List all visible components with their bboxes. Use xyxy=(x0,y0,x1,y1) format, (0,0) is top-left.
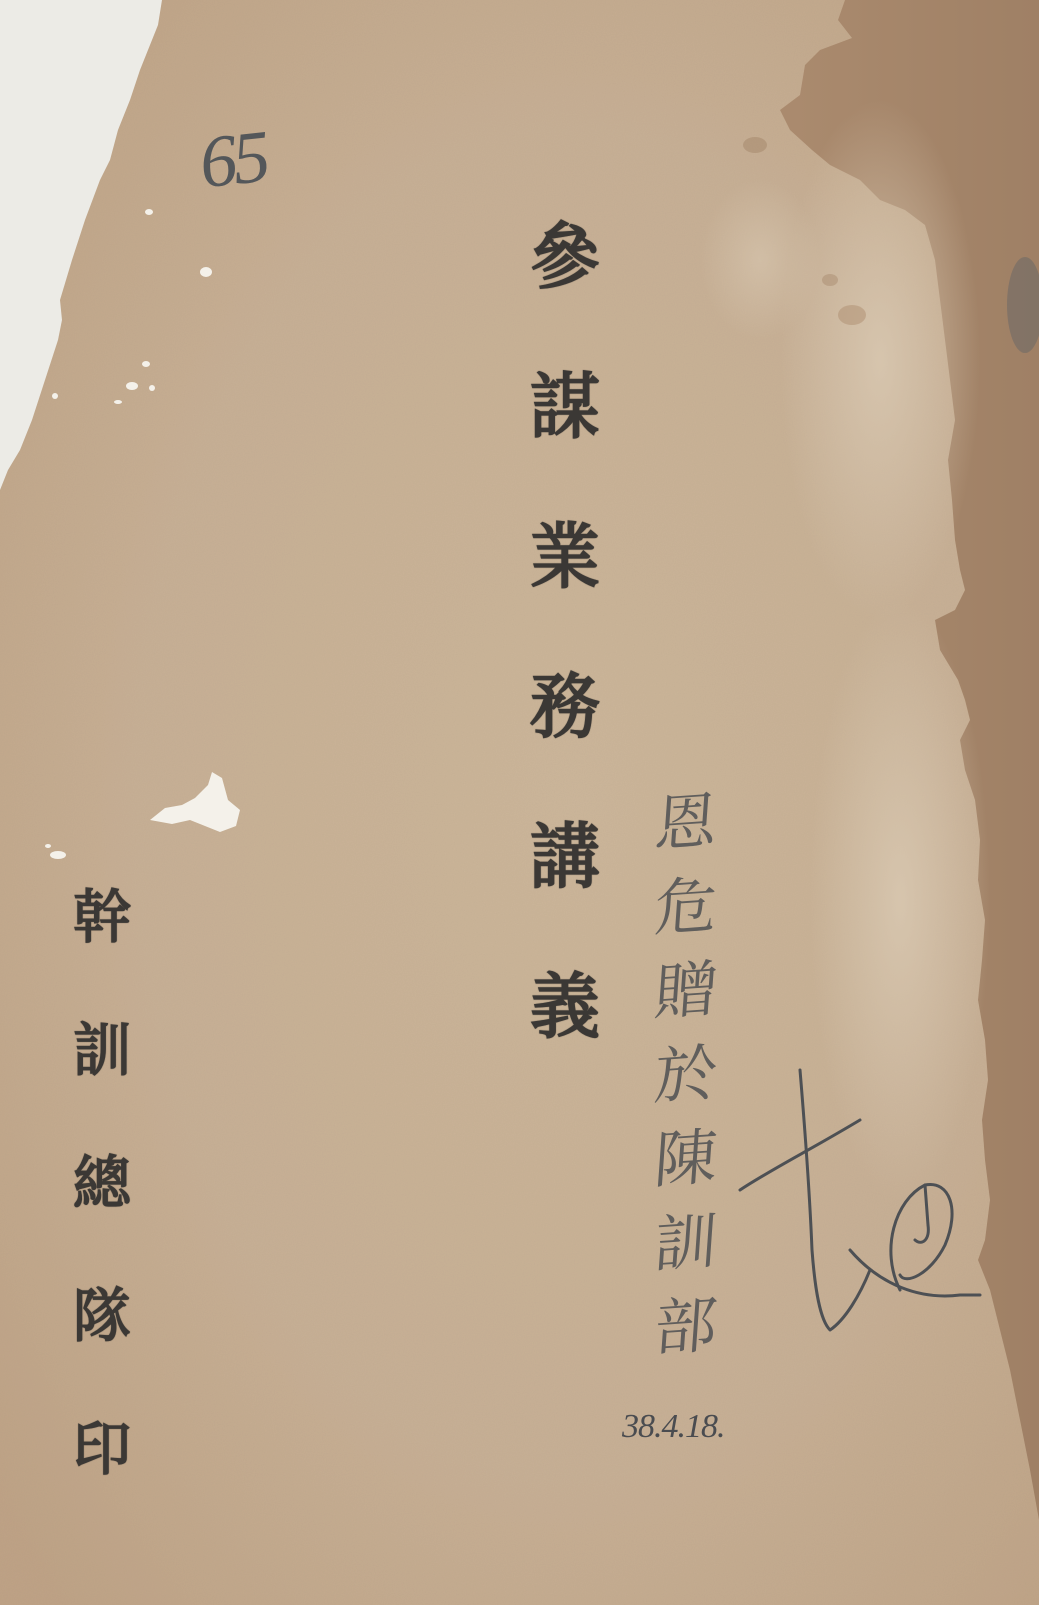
title-char: 義 xyxy=(530,971,600,1042)
publisher-char: 總 xyxy=(73,1154,131,1212)
title-char: 謀 xyxy=(530,371,600,442)
inscription-char: 恩 xyxy=(651,790,719,878)
inscription-char: 部 xyxy=(651,1294,719,1382)
inscription-char: 訓 xyxy=(651,1210,719,1298)
inscription-char: 陳 xyxy=(651,1126,719,1214)
title-char: 講 xyxy=(530,821,600,892)
publisher-char: 訓 xyxy=(73,1021,131,1079)
inscription-char: 贈 xyxy=(651,958,719,1046)
publisher-char: 隊 xyxy=(73,1287,131,1345)
publisher-char: 印 xyxy=(73,1420,131,1478)
inscription-char: 於 xyxy=(651,1042,719,1130)
handwritten-page-number: 65 xyxy=(196,115,271,206)
title-char: 務 xyxy=(530,671,600,742)
scanned-cover-page: 參 謀 業 務 講 義 幹 訓 總 隊 印 65 恩 危 贈 於 陳 訓 部 xyxy=(0,0,1039,1605)
title-char: 業 xyxy=(530,521,600,592)
publisher-char: 幹 xyxy=(73,888,131,946)
handwritten-date: 38.4.18. xyxy=(622,1408,725,1446)
inscription-char: 危 xyxy=(651,874,719,962)
publisher-imprint: 幹 訓 總 隊 印 xyxy=(62,888,142,1553)
title-char: 參 xyxy=(530,221,600,292)
book-title: 參 謀 業 務 講 義 xyxy=(520,222,610,1122)
handwritten-inscription: 恩 危 贈 於 陳 訓 部 xyxy=(640,792,730,1380)
